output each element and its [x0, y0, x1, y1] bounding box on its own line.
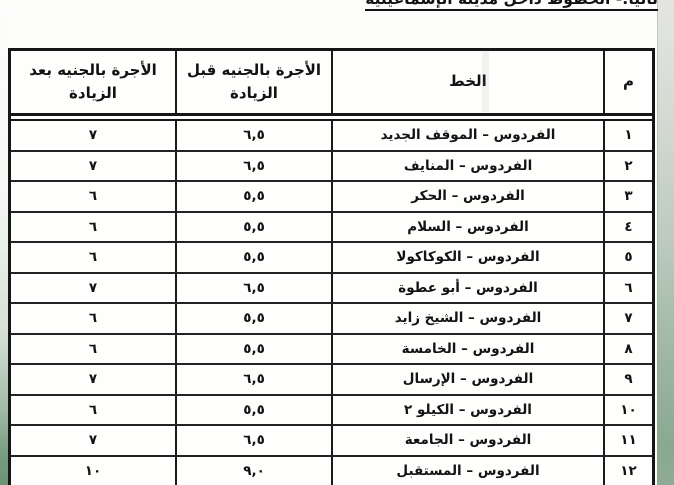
header-number-label: م	[623, 70, 634, 93]
line-name-cell: الفردوس – الموقف الجديد	[333, 121, 605, 150]
page-right-edge-shadow	[657, 0, 674, 485]
fare-after-cell: ١٠	[11, 457, 177, 485]
fares-table: م الخط الأجرة بالجنيه قبل الزيادة الأجرة…	[8, 48, 655, 485]
table-row: ٩ الفردوس – الإرسال ٦,٥ ٧	[11, 363, 652, 394]
fare-after-cell: ٧	[11, 426, 177, 455]
header-line-label: الخط	[449, 70, 487, 93]
line-name-cell: الفردوس – الكيلو ٢	[333, 396, 605, 425]
fare-before-cell: ٥,٥	[177, 182, 333, 211]
fare-before-cell: ٩,٠	[177, 457, 333, 485]
fare-after-cell: ٧	[11, 152, 177, 181]
line-name-cell: الفردوس – الخامسة	[333, 335, 605, 364]
fare-before-cell: ٥,٥	[177, 243, 333, 272]
fare-after-cell: ٦	[11, 243, 177, 272]
line-name-cell: الفردوس – الحكر	[333, 182, 605, 211]
line-name-cell: الفردوس – المنايف	[333, 152, 605, 181]
table-row: ٢ الفردوس – المنايف ٦,٥ ٧	[11, 150, 652, 181]
row-number-cell: ٤	[605, 213, 652, 242]
table-row: ٤ الفردوس – السلام ٥,٥ ٦	[11, 211, 652, 242]
row-number-cell: ١٢	[605, 457, 652, 485]
fare-before-cell: ٦,٥	[177, 426, 333, 455]
table-row: ١١ الفردوس – الجامعة ٦,٥ ٧	[11, 424, 652, 455]
row-number-cell: ٦	[605, 274, 652, 303]
table-row: ٧ الفردوس – الشيخ زايد ٥,٥ ٦	[11, 302, 652, 333]
table-row: ١٢ الفردوس – المستقبل ٩,٠ ١٠	[11, 455, 652, 485]
table-row: ١٠ الفردوس – الكيلو ٢ ٥,٥ ٦	[11, 394, 652, 425]
row-number-cell: ١١	[605, 426, 652, 455]
fare-before-cell: ٥,٥	[177, 396, 333, 425]
fare-before-cell: ٦,٥	[177, 365, 333, 394]
header-fare-before-line2: الزيادة	[230, 82, 278, 105]
row-number-cell: ٧	[605, 304, 652, 333]
fare-after-cell: ٧	[11, 365, 177, 394]
row-number-cell: ٨	[605, 335, 652, 364]
fare-before-cell: ٦,٥	[177, 121, 333, 150]
row-number-cell: ١٠	[605, 396, 652, 425]
fare-after-cell: ٧	[11, 274, 177, 303]
row-number-cell: ٥	[605, 243, 652, 272]
fare-before-cell: ٦,٥	[177, 152, 333, 181]
line-name-cell: الفردوس – أبو عطوة	[333, 274, 605, 303]
row-number-cell: ٢	[605, 152, 652, 181]
row-number-cell: ٩	[605, 365, 652, 394]
fare-after-cell: ٦	[11, 396, 177, 425]
row-number-cell: ١	[605, 121, 652, 150]
line-name-cell: الفردوس – الجامعة	[333, 426, 605, 455]
line-name-cell: الفردوس – الإرسال	[333, 365, 605, 394]
table-row: ٨ الفردوس – الخامسة ٥,٥ ٦	[11, 333, 652, 364]
table-header-row: م الخط الأجرة بالجنيه قبل الزيادة الأجرة…	[11, 51, 652, 116]
header-cell-fare-before: الأجرة بالجنيه قبل الزيادة	[177, 51, 333, 113]
fare-before-cell: ٥,٥	[177, 304, 333, 333]
header-fare-before-line1: الأجرة بالجنيه قبل	[187, 59, 321, 82]
fare-after-cell: ٦	[11, 182, 177, 211]
header-fare-after-line2: الزيادة	[69, 82, 117, 105]
header-cell-fare-after: الأجرة بالجنيه بعد الزيادة	[11, 51, 177, 113]
table-row: ٣ الفردوس – الحكر ٥,٥ ٦	[11, 180, 652, 211]
header-fare-after-line1: الأجرة بالجنيه بعد	[29, 59, 157, 82]
page-left-edge-shadow	[0, 0, 8, 485]
fare-after-cell: ٦	[11, 213, 177, 242]
table-row: ٥ الفردوس – الكوكاكولا ٥,٥ ٦	[11, 241, 652, 272]
fare-before-cell: ٥,٥	[177, 335, 333, 364]
table-row: ٦ الفردوس – أبو عطوة ٦,٥ ٧	[11, 272, 652, 303]
line-name-cell: الفردوس – الشيخ زايد	[333, 304, 605, 333]
row-number-cell: ٣	[605, 182, 652, 211]
header-cell-line: الخط	[333, 51, 605, 113]
section-heading: ثانياً:- الخطوط داخل مدينة الإسماعيلية	[365, 0, 658, 11]
fare-after-cell: ٧	[11, 121, 177, 150]
line-name-cell: الفردوس – المستقبل	[333, 457, 605, 485]
table-row: ١ الفردوس – الموقف الجديد ٦,٥ ٧	[11, 121, 652, 150]
line-name-cell: الفردوس – السلام	[333, 213, 605, 242]
fare-after-cell: ٦	[11, 335, 177, 364]
fare-before-cell: ٦,٥	[177, 274, 333, 303]
header-cell-number: م	[605, 51, 652, 113]
line-name-cell: الفردوس – الكوكاكولا	[333, 243, 605, 272]
fare-after-cell: ٦	[11, 304, 177, 333]
table-body: ١ الفردوس – الموقف الجديد ٦,٥ ٧ ٢ الفردو…	[11, 119, 652, 485]
fare-before-cell: ٥,٥	[177, 213, 333, 242]
